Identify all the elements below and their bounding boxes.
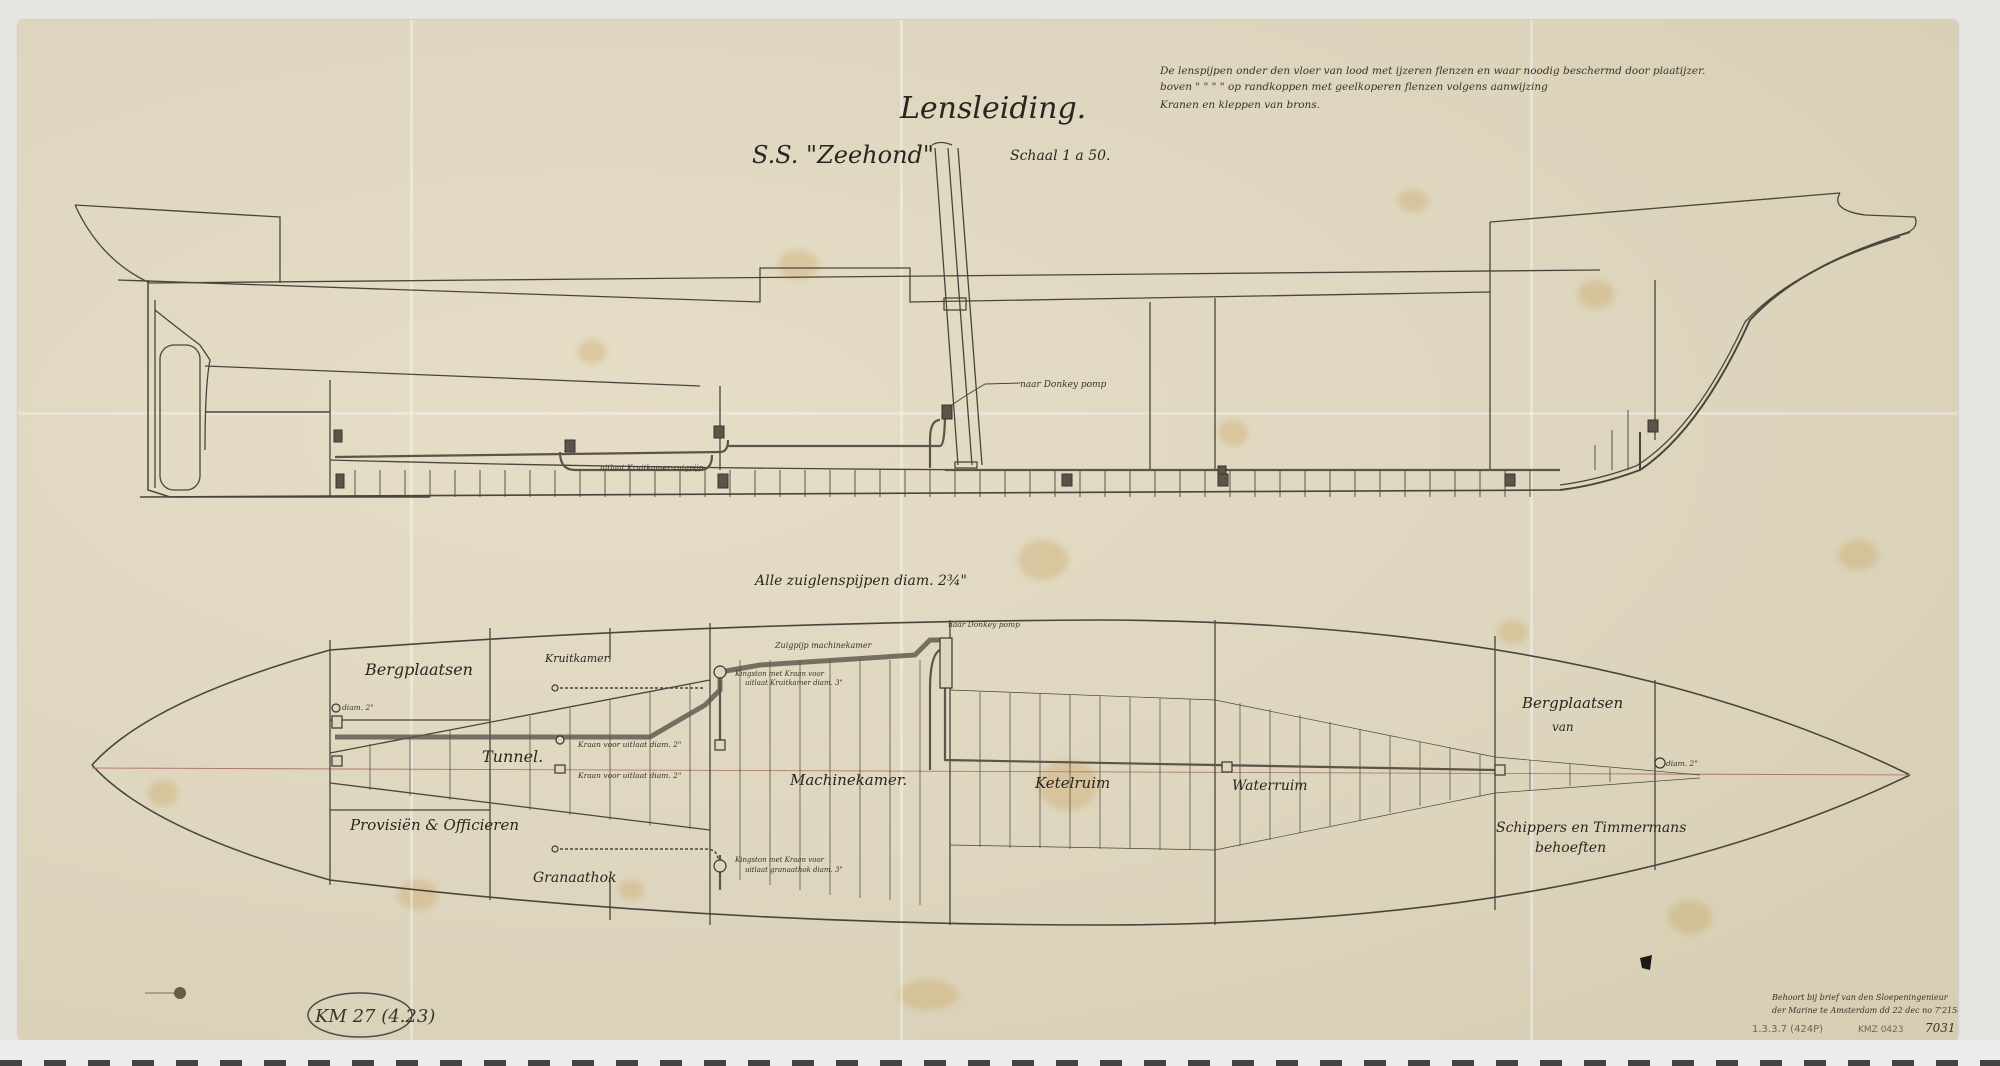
room-bergplaatsen-fwd: Bergplaatsen — [1521, 694, 1623, 712]
label-tunnel-pipe: uitlaat Kruitkamer-zuigpijp — [600, 463, 704, 472]
room-bergplaatsen-aft: Bergplaatsen — [364, 660, 473, 679]
room-waterruim: Waterruim — [1232, 778, 1308, 794]
room-granaathok: Granaathok — [533, 870, 617, 886]
room-ketelruim: Ketelruim — [1034, 774, 1110, 792]
note-line-3: Kranen en kleppen van brons. — [1159, 99, 1320, 111]
note-aft-diam: diam. 2" — [342, 703, 374, 712]
room-bergplaatsen-van: van — [1552, 720, 1574, 734]
archive-stamp: KM 27 (4.23) — [314, 1006, 435, 1027]
archive-ref-1: 1.3.3.7 (424P) — [1752, 1024, 1823, 1035]
ship-drawing: Lensleiding. S.S. "Zeehond" Schaal 1 a 5… — [18, 20, 1958, 1040]
note-zuigpijp: Zuigpijp machinekamer — [774, 641, 873, 650]
room-behoeften: behoeften — [1535, 840, 1606, 856]
drawing-title: Lensleiding. — [899, 91, 1086, 126]
note-kraan-1: Kraan voor uitlaat diam. 2" — [577, 740, 681, 749]
note-fwd-diam: diam. 2" — [1666, 759, 1698, 768]
note-kingston-top-1: Kingston met Kraan voor — [734, 670, 825, 678]
note-kingston-top-2: uitlaat Kruitkamer diam. 3" — [745, 679, 843, 687]
poop-deck — [75, 205, 280, 283]
note-line-1: De lenspijpen onder den vloer van lood m… — [1159, 65, 1705, 77]
room-kruitkamer: Kruitkamer. — [544, 652, 611, 665]
room-schippers: Schippers en Timmermans — [1496, 820, 1686, 836]
archive-line-1: Behoort bij brief van den Sloepeningenie… — [1771, 993, 1949, 1002]
label-donkey-pump: naar Donkey pomp — [1020, 380, 1107, 390]
archive-ref-2: KMZ 0423 — [1858, 1025, 1904, 1035]
archive-number: 7031 — [1925, 1021, 1956, 1035]
note-donkey-pump-plan: naar Donkey pomp — [948, 620, 1020, 629]
ship-name: S.S. "Zeehond" — [752, 141, 934, 169]
room-machinekamer: Machinekamer. — [789, 771, 907, 789]
note-kingston-bot-2: uitlaat granaathok diam. 3" — [745, 866, 843, 874]
scan-ruler — [0, 1060, 2000, 1066]
hull-outline-top — [92, 620, 1910, 775]
drawing-scale: Schaal 1 a 50. — [1010, 148, 1111, 164]
note-line-2: boven " " " " op randkoppen met geelkope… — [1160, 81, 1548, 93]
hull-outline-bottom — [92, 765, 1910, 925]
blueprint-sheet: Lensleiding. S.S. "Zeehond" Schaal 1 a 5… — [18, 20, 1958, 1040]
centerline — [92, 768, 1910, 775]
archive-line-2: der Marine te Amsterdam dd 22 dec no 7'2… — [1772, 1006, 1958, 1015]
pipe-note: Alle zuiglenspijpen diam. 2¾" — [753, 573, 967, 589]
room-provisien: Provisiën & Officieren — [349, 816, 519, 834]
note-kingston-bot-1: Kingston met Kraan voor — [734, 856, 825, 864]
note-kraan-2: Kraan voor uitlaat diam. 2" — [577, 771, 681, 780]
room-tunnel: Tunnel. — [482, 747, 543, 766]
